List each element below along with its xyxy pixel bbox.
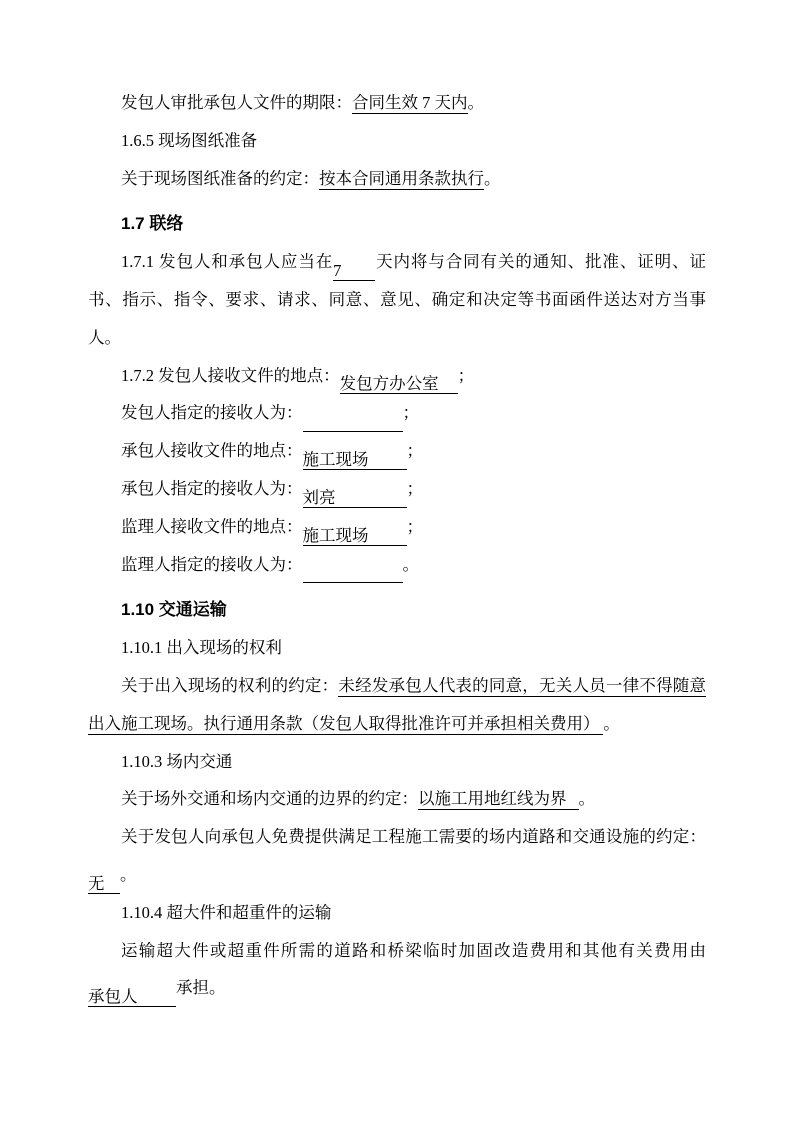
transport-cost-label: 运输超大件或超重件所需的道路和桥梁临时加固改造费用和其他有关费用由: [121, 941, 706, 960]
contractor-recipient-value: 刘亮: [303, 486, 407, 508]
site-access-end: 。: [603, 714, 620, 733]
para-supervisor-location: 监理人接收文件的地点：施工现场；: [88, 508, 706, 546]
supervisor-recipient-label: 监理人指定的接收人为：: [121, 555, 303, 574]
heading-1-10-1: 1.10.1 出入现场的权利: [88, 629, 706, 667]
heading-1-7: 1.7 联络: [88, 205, 706, 243]
employer-location-value: 发包方办公室: [340, 372, 458, 394]
contractor-location-value: 施工现场: [303, 448, 407, 470]
transport-cost-end: 承担。: [176, 978, 226, 997]
traffic-boundary-end: 。: [579, 789, 596, 808]
traffic-boundary-label: 关于场外交通和场内交通的边界的约定：: [121, 789, 418, 808]
approval-period-end: 。: [468, 93, 485, 112]
para-contractor-recipient: 承包人指定的接收人为：刘亮；: [88, 470, 706, 508]
contractor-recipient-label: 承包人指定的接收人为：: [121, 479, 303, 498]
heading-1-7-text: 1.7 联络: [121, 214, 183, 233]
notice-days-value: 7: [333, 259, 375, 281]
employer-recipient-label: 发包人指定的接收人为：: [121, 403, 303, 422]
heading-1-10-3-text: 1.10.3 场内交通: [121, 752, 232, 771]
heading-1-6-5-text: 1.6.5 现场图纸准备: [121, 131, 257, 150]
heading-1-10: 1.10 交通运输: [88, 591, 706, 629]
traffic-boundary-value: 以施工用地红线为界: [418, 789, 579, 810]
para-1-7-2: 1.7.2 发包人接收文件的地点：发包方办公室；: [88, 357, 706, 395]
para-site-access: 关于出入现场的权利的约定：未经发承包人代表的同意，无关人员一律不得随意出入施工现…: [88, 667, 706, 743]
heading-1-10-4-text: 1.10.4 超大件和超重件的运输: [121, 903, 331, 922]
para-contractor-location: 承包人接收文件的地点：施工现场；: [88, 432, 706, 470]
contractor-recipient-end: ；: [407, 479, 424, 498]
heading-1-10-text: 1.10 交通运输: [121, 600, 227, 619]
contractor-location-end: ；: [407, 441, 424, 460]
employer-recipient-blank: [303, 410, 403, 432]
heading-1-10-1-text: 1.10.1 出入现场的权利: [121, 638, 282, 657]
heading-1-10-3: 1.10.3 场内交通: [88, 743, 706, 781]
contractor-location-label: 承包人接收文件的地点：: [121, 441, 303, 460]
para-drawing-prep: 关于现场图纸准备的约定：按本合同通用条款执行。: [88, 160, 706, 198]
approval-period-value: 合同生效 7 天内: [352, 93, 468, 114]
employer-location-label: 1.7.2 发包人接收文件的地点：: [121, 366, 340, 385]
employer-location-end: ；: [458, 366, 475, 385]
site-roads-label: 关于发包人向承包人免费提供满足工程施工需要的场内道路和交通设施的约定：: [121, 827, 706, 846]
drawing-prep-label: 关于现场图纸准备的约定：: [121, 169, 319, 188]
drawing-prep-end: 。: [484, 169, 501, 188]
heading-1-6-5: 1.6.5 现场图纸准备: [88, 122, 706, 160]
para-1-7-1-pre: 1.7.1 发包人和承包人应当在: [121, 252, 333, 271]
para-traffic-boundary: 关于场外交通和场内交通的边界的约定：以施工用地红线为界。: [88, 780, 706, 818]
supervisor-recipient-blank: [303, 561, 403, 583]
supervisor-location-label: 监理人接收文件的地点：: [121, 517, 303, 536]
para-supervisor-recipient: 监理人指定的接收人为：。: [88, 546, 706, 584]
supervisor-location-value: 施工现场: [303, 524, 407, 546]
document-page: 发包人审批承包人文件的期限：合同生效 7 天内。 1.6.5 现场图纸准备 关于…: [0, 0, 793, 1123]
employer-recipient-end: ；: [403, 403, 420, 422]
para-site-roads: 关于发包人向承包人免费提供满足工程施工需要的场内道路和交通设施的约定：无。: [88, 818, 706, 894]
para-1-7-1: 1.7.1 发包人和承包人应当在7天内将与合同有关的通知、批准、证明、证书、指示…: [88, 243, 706, 356]
approval-period-label: 发包人审批承包人文件的期限：: [121, 93, 352, 112]
heading-1-10-4: 1.10.4 超大件和超重件的运输: [88, 894, 706, 932]
site-access-label: 关于出入现场的权利的约定：: [121, 676, 338, 695]
drawing-prep-value: 按本合同通用条款执行: [319, 169, 484, 190]
para-employer-recipient: 发包人指定的接收人为：；: [88, 394, 706, 432]
transport-cost-value: 承包人: [88, 985, 176, 1007]
para-approval-period: 发包人审批承包人文件的期限：合同生效 7 天内。: [88, 84, 706, 122]
supervisor-recipient-end: 。: [403, 555, 420, 574]
site-roads-value: 无: [88, 872, 120, 894]
supervisor-location-end: ；: [407, 517, 424, 536]
para-transport-cost: 运输超大件或超重件所需的道路和桥梁临时加固改造费用和其他有关费用由承包人承担。: [88, 932, 706, 1008]
site-roads-end: 。: [120, 865, 137, 884]
